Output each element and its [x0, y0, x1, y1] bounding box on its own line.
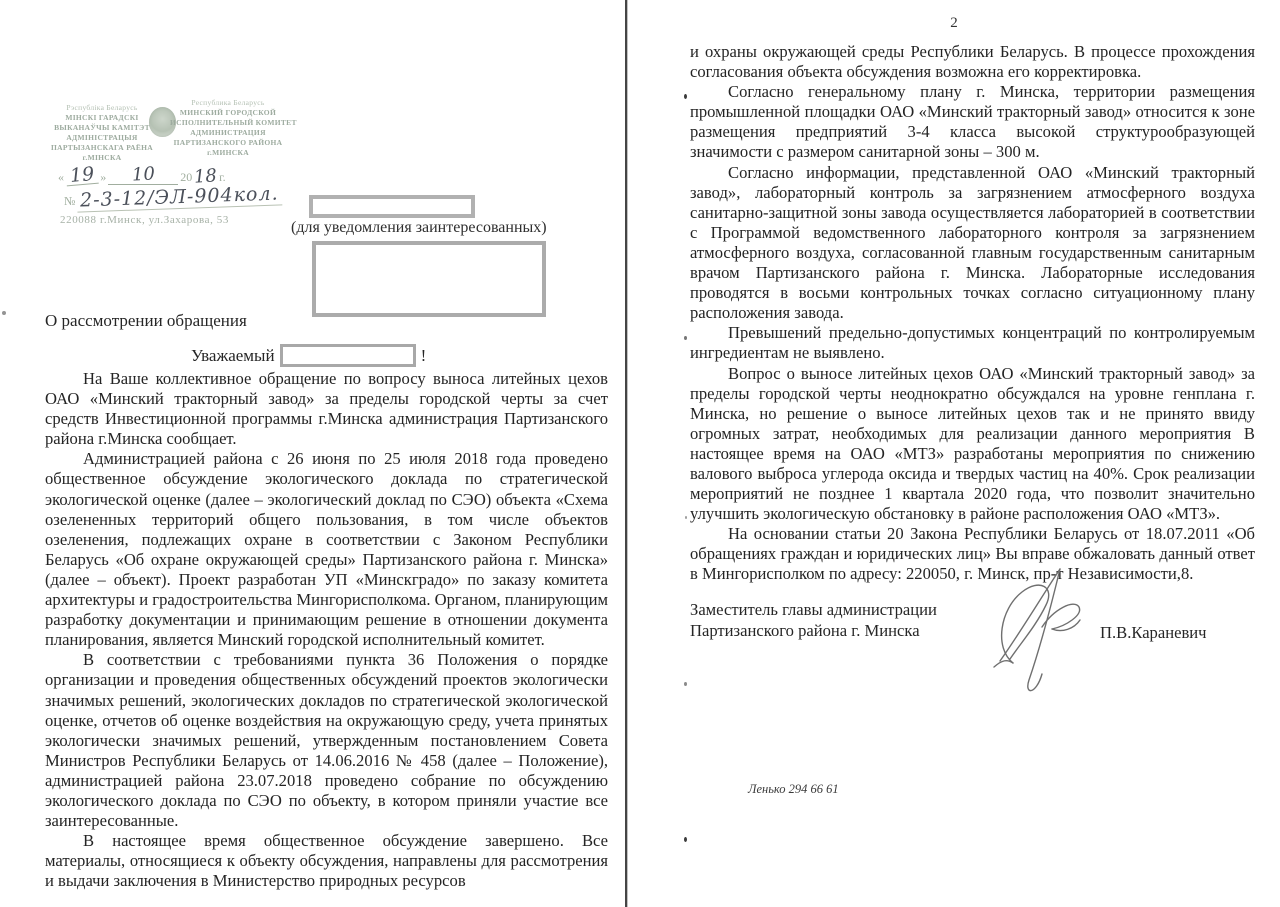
- quote-mark: »: [98, 170, 108, 185]
- letterhead-line: МІНСКІ ГАРАДСКІ: [44, 113, 160, 123]
- letterhead-line: ВЫКАНАЎЧЫ КАМІТЭТ: [44, 123, 160, 133]
- letterhead-line: ПАРТЫЗАНСКАГА РАЁНА: [44, 143, 160, 153]
- printed-year-prefix: 20: [178, 170, 194, 185]
- letterhead-line: ПАРТИЗАНСКОГО РАЙОНА: [170, 138, 286, 148]
- paragraph: и охраны окружающей среды Республики Бел…: [690, 42, 1255, 82]
- letterhead-line: ИСПОЛНИТЕЛЬНЫЙ КОМИТЕТ: [170, 118, 286, 128]
- letterhead-line: г.МИНСКА: [170, 148, 286, 158]
- redaction-box-small: [309, 195, 475, 218]
- footer-contact: Ленько 294 66 61: [748, 782, 839, 797]
- paragraph: На Ваше коллективное обращение по вопрос…: [45, 369, 608, 449]
- salutation-prefix: Уважаемый: [191, 346, 275, 366]
- handwritten-reference-number: 2-3-12/ЭЛ-904кол.: [77, 182, 282, 212]
- page-1-body: О рассмотрении обращения Уважаемый ! На …: [45, 311, 608, 891]
- notify-caption: (для уведомления заинтересованных): [291, 219, 591, 237]
- paragraph: На основании статьи 20 Закона Республики…: [690, 524, 1255, 584]
- page-2-body: и охраны окружающей среды Республики Бел…: [690, 42, 1255, 729]
- letterhead-line: МИНСКИЙ ГОРОДСКОЙ: [170, 108, 286, 118]
- letterhead-line: Рэспубліка Беларусь: [44, 103, 160, 113]
- letterhead-line: Республика Беларусь: [170, 98, 286, 108]
- paragraph: Вопрос о выносе литейных цехов ОАО «Минс…: [690, 364, 1255, 525]
- scanned-letter: Рэспубліка Беларусь МІНСКІ ГАРАДСКІ ВЫКА…: [0, 0, 1280, 907]
- paragraph: В соответствии с требованиями пункта 36 …: [45, 650, 608, 831]
- salutation-suffix: !: [421, 346, 427, 366]
- letterhead-russian-column: Республика Беларусь МИНСКИЙ ГОРОДСКОЙ ИС…: [170, 98, 286, 158]
- signatory-name: П.В.Караневич: [1100, 623, 1207, 643]
- scan-speck: [684, 336, 687, 340]
- reference-number-line: № 2-3-12/ЭЛ-904кол.: [62, 186, 332, 209]
- scan-speck: [684, 837, 687, 842]
- letterhead-belarusian-column: Рэспубліка Беларусь МІНСКІ ГАРАДСКІ ВЫКА…: [44, 103, 160, 163]
- redaction-box-large: [312, 241, 546, 317]
- quote-mark: «: [56, 170, 66, 185]
- signatory-title-line-1: Заместитель главы администрации: [690, 599, 1255, 620]
- scan-speck: [684, 682, 687, 686]
- letterhead-line: АДМИНИСТРАЦИЯ: [170, 128, 286, 138]
- page-2: 2 и охраны окружающей среды Республики Б…: [628, 0, 1280, 907]
- handwritten-day: 19: [65, 165, 99, 187]
- paragraph: Согласно генеральному плану г. Минска, т…: [690, 82, 1255, 162]
- page-number: 2: [628, 15, 1280, 32]
- paragraph: Согласно информации, представленной ОАО …: [690, 163, 1255, 324]
- letterhead-stamp: Рэспубліка Беларусь МІНСКІ ГАРАДСКІ ВЫКА…: [44, 98, 286, 168]
- paragraph: В настоящее время общественное обсуждени…: [45, 831, 608, 891]
- scan-speck: [2, 311, 6, 315]
- handwritten-year: 18: [194, 168, 218, 186]
- letterhead-line: АДМІНІСТРАЦЫЯ: [44, 133, 160, 143]
- paragraph: Администрацией района с 26 июня по 25 ию…: [45, 449, 608, 650]
- subject-line: О рассмотрении обращения: [45, 311, 608, 331]
- signoff-block: Заместитель главы администрации Партизан…: [690, 599, 1255, 729]
- scan-speck: [684, 94, 687, 99]
- signature-scribble: [980, 547, 1110, 707]
- scan-speck: [685, 516, 687, 519]
- year-suffix: г.: [217, 170, 228, 185]
- number-sign: №: [62, 194, 77, 209]
- month-underline: 10: [108, 166, 178, 185]
- salutation-line: Уважаемый !: [45, 344, 608, 367]
- handwritten-month: 10: [131, 165, 155, 183]
- sender-address: 220088 г.Минск, ул.Захарова, 53: [60, 214, 229, 226]
- paragraph: Превышений предельно-допустимых концентр…: [690, 323, 1255, 363]
- letterhead-line: г.МІНСКА: [44, 153, 160, 163]
- page-1: Рэспубліка Беларусь МІНСКІ ГАРАДСКІ ВЫКА…: [0, 0, 625, 907]
- salutation-redaction-box: [280, 344, 416, 367]
